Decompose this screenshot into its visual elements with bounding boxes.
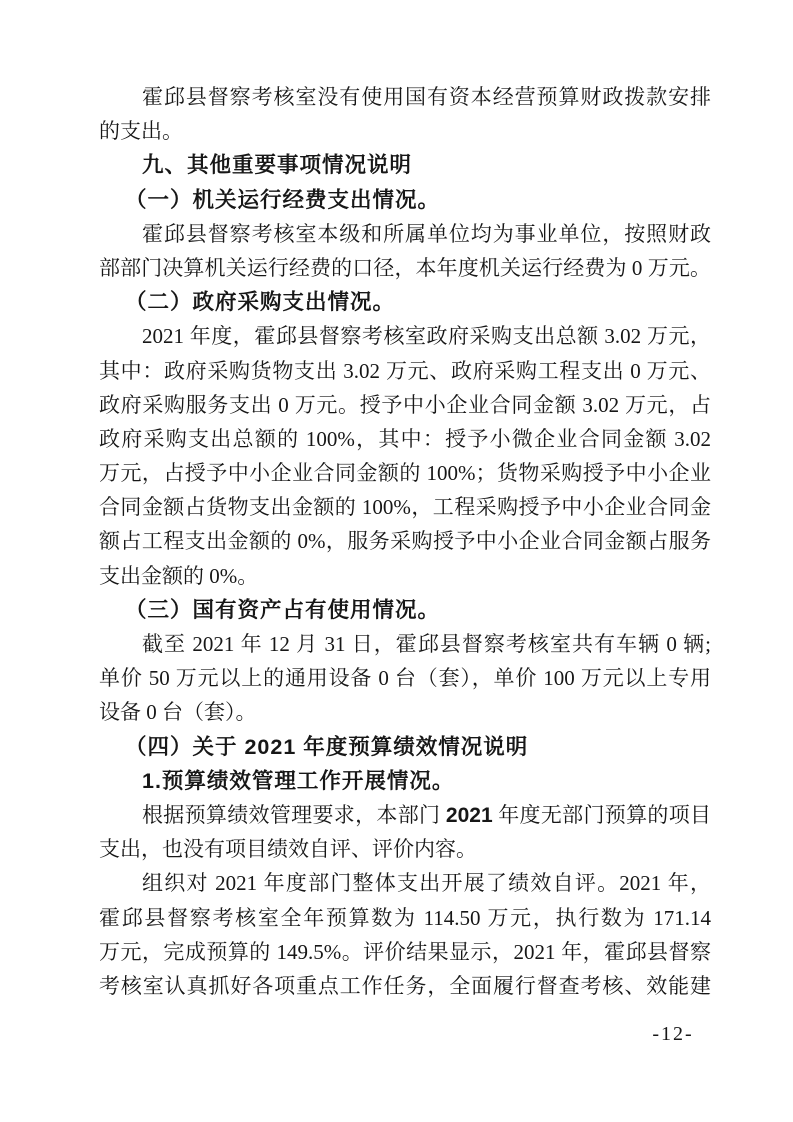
body-line: 政府采购支出总额的 100%，其中：授予小微企业合同金额 3.02 — [99, 422, 711, 456]
body-line: 截至 2021 年 12 月 31 日，霍邱县督察考核室共有车辆 0 辆; — [99, 627, 711, 661]
body-line: 考核室认真抓好各项重点工作任务，全面履行督查考核、效能建 — [99, 969, 711, 1003]
body-line-segment: 年度无部门预算的项目 — [493, 803, 711, 827]
body-line: 设备 0 台（套）。 — [99, 695, 711, 729]
body-line: 万元，占授予中小企业合同金额的 100%；货物采购授予中小企业 — [99, 456, 711, 490]
section-heading: （一）机关运行经费支出情况。 — [99, 183, 711, 217]
report-text-block: 霍邱县督察考核室没有使用国有资本经营预算财政拨款安排 的支出。 九、其他重要事项… — [99, 80, 711, 1003]
section-heading: 九、其他重要事项情况说明 — [99, 148, 711, 182]
body-line: 支出，也没有项目绩效自评、评价内容。 — [99, 832, 711, 866]
body-line: 组织对 2021 年度部门整体支出开展了绩效自评。2021 年， — [99, 866, 711, 900]
body-line-segment-number: 2021 — [446, 804, 493, 827]
section-heading: （二）政府采购支出情况。 — [99, 285, 711, 319]
body-line: 霍邱县督察考核室本级和所属单位均为事业单位，按照财政 — [99, 217, 711, 251]
body-line: 的支出。 — [99, 114, 711, 148]
body-line: 根据预算绩效管理要求，本部门 2021 年度无部门预算的项目 — [99, 798, 711, 832]
section-heading: 1.预算绩效管理工作开展情况。 — [99, 764, 711, 798]
body-line-segment: 根据预算绩效管理要求，本部门 — [142, 803, 446, 827]
body-line: 政府采购服务支出 0 万元。授予中小企业合同金额 3.02 万元，占 — [99, 388, 711, 422]
body-line: 霍邱县督察考核室没有使用国有资本经营预算财政拨款安排 — [99, 80, 711, 114]
body-line: 霍邱县督察考核室全年预算数为 114.50 万元，执行数为 171.14 — [99, 901, 711, 935]
body-line: 额占工程支出金额的 0%，服务采购授予中小企业合同金额占服务 — [99, 524, 711, 558]
section-heading: （三）国有资产占有使用情况。 — [99, 593, 711, 627]
page-number: -12- — [648, 1023, 698, 1046]
body-line: 其中：政府采购货物支出 3.02 万元、政府采购工程支出 0 万元、 — [99, 354, 711, 388]
body-line: 合同金额占货物支出金额的 100%，工程采购授予中小企业合同金 — [99, 490, 711, 524]
body-line: 单价 50 万元以上的通用设备 0 台（套），单价 100 万元以上专用 — [99, 661, 711, 695]
section-heading: （四）关于 2021 年度预算绩效情况说明 — [99, 730, 711, 764]
document-page: 霍邱县督察考核室没有使用国有资本经营预算财政拨款安排 的支出。 九、其他重要事项… — [0, 0, 793, 1122]
body-line: 2021 年度，霍邱县督察考核室政府采购支出总额 3.02 万元， — [99, 319, 711, 353]
body-line: 万元，完成预算的 149.5%。评价结果显示，2021 年，霍邱县督察 — [99, 935, 711, 969]
body-line: 支出金额的 0%。 — [99, 559, 711, 593]
body-line: 部部门决算机关运行经费的口径，本年度机关运行经费为 0 万元。 — [99, 251, 711, 285]
